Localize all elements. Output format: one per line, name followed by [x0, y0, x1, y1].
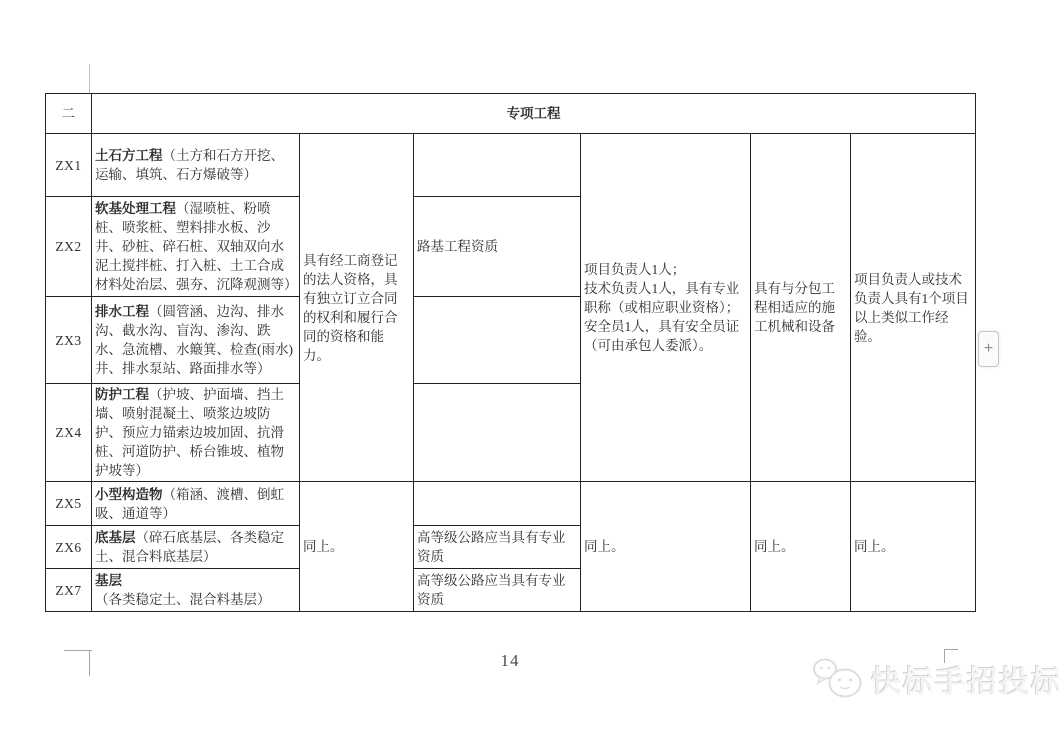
project-name: 底基层	[95, 530, 136, 545]
project-name: 防护工程	[95, 387, 149, 402]
experience-requirement-cell: 项目负责人或技术负责人具有1个项目以上类似工作经验。	[851, 134, 976, 482]
experience-requirement-same-cell: 同上。	[851, 482, 976, 612]
document-page: 二 专项工程 ZX1 土石方工程（土方和石方开挖、运输、填筑、石方爆破等） 具有…	[0, 0, 1059, 737]
machinery-requirement-same-cell: 同上。	[751, 482, 851, 612]
code-cell-zx4: ZX4	[46, 384, 92, 482]
project-name: 土石方工程	[95, 148, 163, 163]
project-cell-zx2: 软基处理工程（湿喷桩、粉喷桩、喷浆桩、塑料排水板、沙井、砂桩、碎石桩、双轴双向水…	[92, 197, 300, 297]
personnel-requirement-same-cell: 同上。	[581, 482, 751, 612]
code-cell-zx3: ZX3	[46, 297, 92, 384]
table-header-row: 二 专项工程	[46, 94, 976, 134]
project-name: 软基处理工程	[95, 201, 176, 216]
project-name: 小型构造物	[95, 487, 163, 502]
project-name: 基层	[95, 573, 122, 588]
professional-qualification-cell-zx1	[414, 134, 581, 197]
machinery-requirement-cell: 具有与分包工程相适应的施工机械和设备	[751, 134, 851, 482]
margin-crop-mark	[944, 649, 958, 650]
watermark-logo: 快标手招投标	[812, 656, 1059, 702]
project-cell-zx3: 排水工程（圆管涵、边沟、排水沟、截水沟、盲沟、渗沟、跌水、急流槽、水簸箕、检查(…	[92, 297, 300, 384]
table-row: ZX1 土石方工程（土方和石方开挖、运输、填筑、石方爆破等） 具有经工商登记的法…	[46, 134, 976, 197]
legal-qualification-cell: 具有经工商登记的法人资格，具有独立订立合同的权利和履行合同的资格和能力。	[300, 134, 414, 482]
professional-qualification-cell-zx5	[414, 482, 581, 526]
professional-qualification-cell-zx4	[414, 384, 581, 482]
project-cell-zx1: 土石方工程（土方和石方开挖、运输、填筑、石方爆破等）	[92, 134, 300, 197]
project-name: 排水工程	[95, 304, 149, 319]
column-guide-line	[89, 64, 90, 93]
margin-crop-mark	[64, 650, 92, 651]
code-cell-zx5: ZX5	[46, 482, 92, 526]
project-cell-zx6: 底基层（碎石底基层、各类稳定土、混合料底基层）	[92, 526, 300, 569]
project-desc: （各类稳定土、混合料基层）	[95, 592, 271, 607]
code-cell-zx6: ZX6	[46, 526, 92, 569]
personnel-requirement-cell: 项目负责人1人； 技术负责人1人，具有专业职称（或相应职业资格）； 安全员1人，…	[581, 134, 751, 482]
add-button[interactable]: +	[978, 331, 999, 367]
code-cell-zx1: ZX1	[46, 134, 92, 197]
watermark-text: 快标手招投标	[871, 657, 1059, 701]
legal-qualification-same-cell: 同上。	[300, 482, 414, 612]
professional-qualification-cell-zx2: 路基工程资质	[414, 197, 581, 297]
table-row: ZX5 小型构造物（箱涵、渡槽、倒虹吸、通道等） 同上。 同上。 同上。 同上。	[46, 482, 976, 526]
professional-qualification-cell-zx6: 高等级公路应当具有专业资质	[414, 526, 581, 569]
code-cell-zx2: ZX2	[46, 197, 92, 297]
code-cell-zx7: ZX7	[46, 569, 92, 612]
section-title-cell: 专项工程	[92, 94, 976, 134]
qualification-table: 二 专项工程 ZX1 土石方工程（土方和石方开挖、运输、填筑、石方爆破等） 具有…	[45, 93, 976, 612]
professional-qualification-cell-zx3	[414, 297, 581, 384]
margin-crop-mark	[89, 650, 90, 676]
professional-qualification-cell-zx7: 高等级公路应当具有专业资质	[414, 569, 581, 612]
project-cell-zx5: 小型构造物（箱涵、渡槽、倒虹吸、通道等）	[92, 482, 300, 526]
project-cell-zx4: 防护工程（护坡、护面墙、挡土墙、喷射混凝土、喷浆边坡防护、预应力锚索边坡加固、抗…	[92, 384, 300, 482]
project-cell-zx7: 基层（各类稳定土、混合料基层）	[92, 569, 300, 612]
kuaibiao-mascot-icon	[812, 656, 866, 702]
section-number-cell: 二	[46, 94, 92, 134]
